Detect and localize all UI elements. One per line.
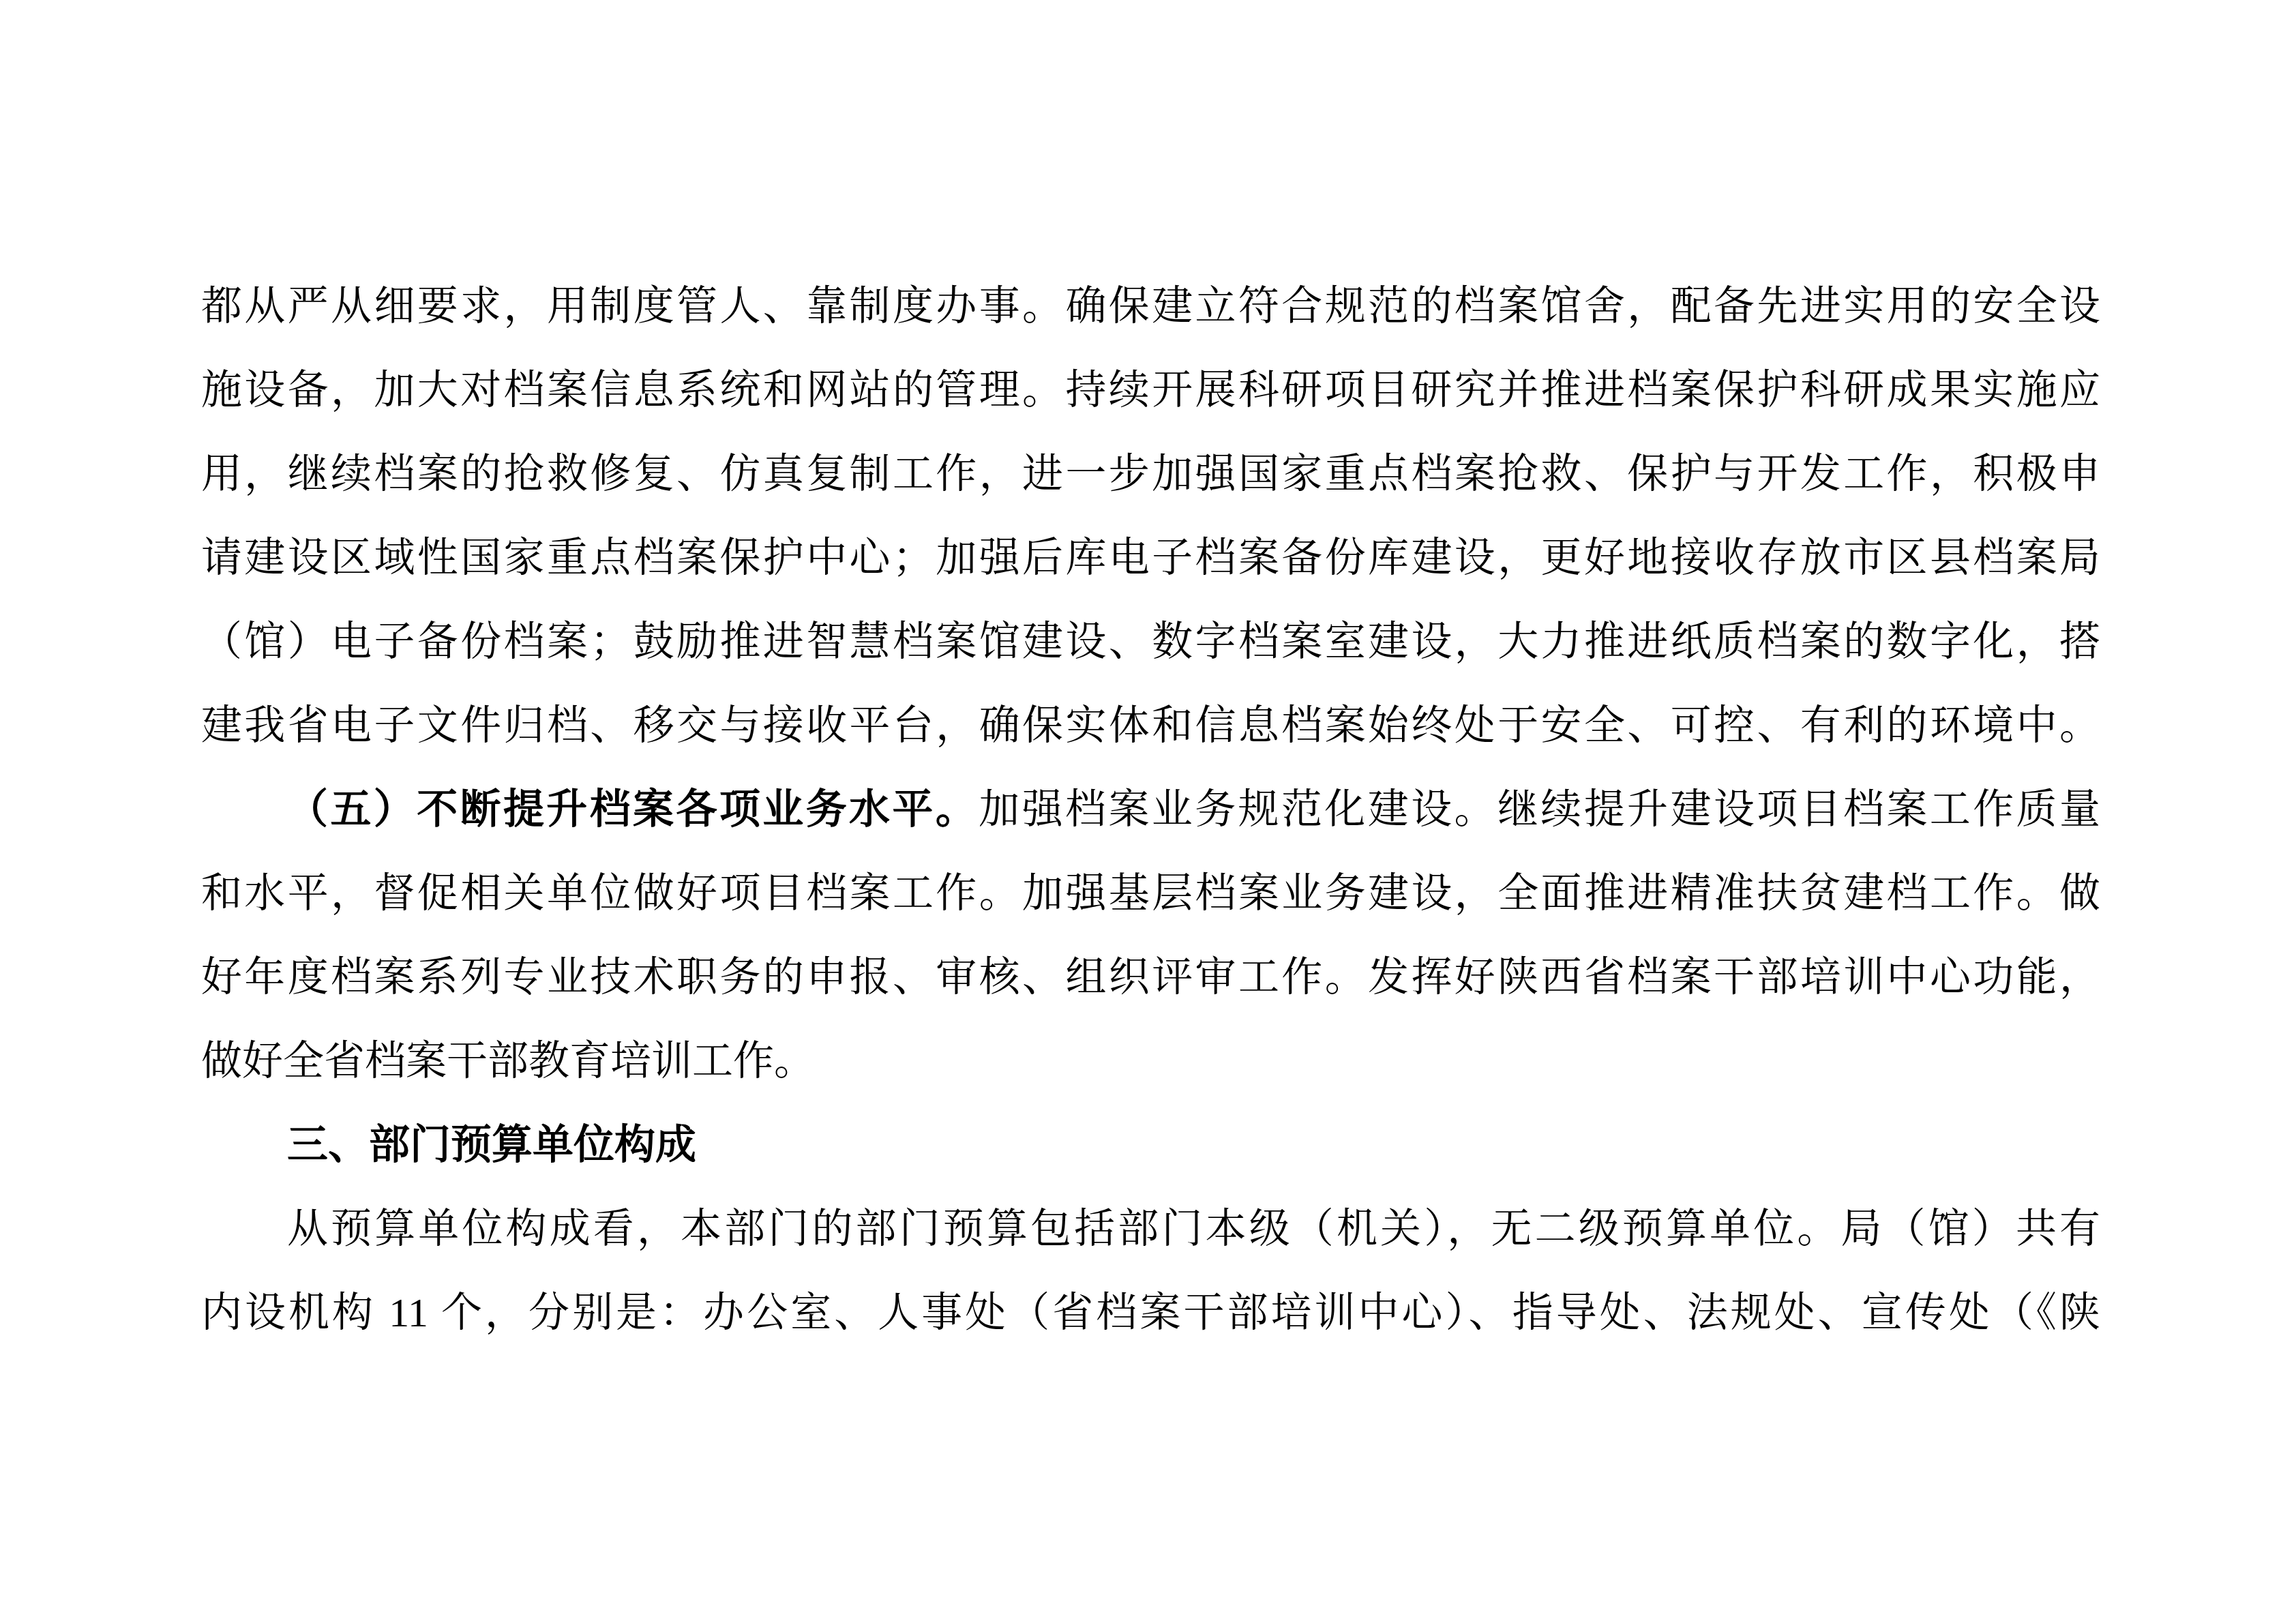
body-line-13: 内设机构 11 个，分别是：办公室、人事处（省档案干部培训中心）、指导处、法规处… (201, 1271, 2100, 1355)
body-line-12: 从预算单位构成看，本部门的部门预算包括部门本级（机关），无二级预算单位。局（馆）… (201, 1187, 2100, 1271)
body-line-8: 和水平，督促相关单位做好项目档案工作。加强基层档案业务建设，全面推进精准扶贫建档… (201, 852, 2100, 936)
body-line-4: 请建设区域性国家重点档案保护中心；加强后库电子档案备份库建设，更好地接收存放市区… (201, 516, 2100, 600)
body-line-2: 施设备，加大对档案信息系统和网站的管理。持续开展科研项目研究并推进档案保护科研成… (201, 348, 2100, 432)
body-line-3: 用，继续档案的抢救修复、仿真复制工作，进一步加强国家重点档案抢救、保护与开发工作… (201, 432, 2100, 516)
body-line-7: （五）不断提升档案各项业务水平。加强档案业务规范化建设。继续提升建设项目档案工作… (201, 768, 2100, 852)
section-3-heading: 三、部门预算单位构成 (201, 1103, 2100, 1187)
body-line-6: 建我省电子文件归档、移交与接收平台，确保实体和信息档案始终处于安全、可控、有利的… (201, 684, 2100, 768)
body-line-1: 都从严从细要求，用制度管人、靠制度办事。确保建立符合规范的档案馆舍，配备先进实用… (201, 265, 2100, 348)
subsection-5-title: （五）不断提升档案各项业务水平。 (287, 787, 979, 832)
body-line-5: （馆）电子备份档案；鼓励推进智慧档案馆建设、数字档案室建设，大力推进纸质档案的数… (201, 600, 2100, 684)
body-line-9: 好年度档案系列专业技术职务的申报、审核、组织评审工作。发挥好陕西省档案干部培训中… (201, 936, 2100, 1019)
subsection-5-text-start: 加强档案业务规范化建设。继续提升建设项目档案工作质量 (979, 787, 2100, 832)
text-block: 都从严从细要求，用制度管人、靠制度办事。确保建立符合规范的档案馆舍，配备先进实用… (201, 265, 2100, 1355)
body-line-10: 做好全省档案干部教育培训工作。 (201, 1019, 2100, 1103)
document-page: 都从严从细要求，用制度管人、靠制度办事。确保建立符合规范的档案馆舍，配备先进实用… (0, 0, 2296, 1623)
